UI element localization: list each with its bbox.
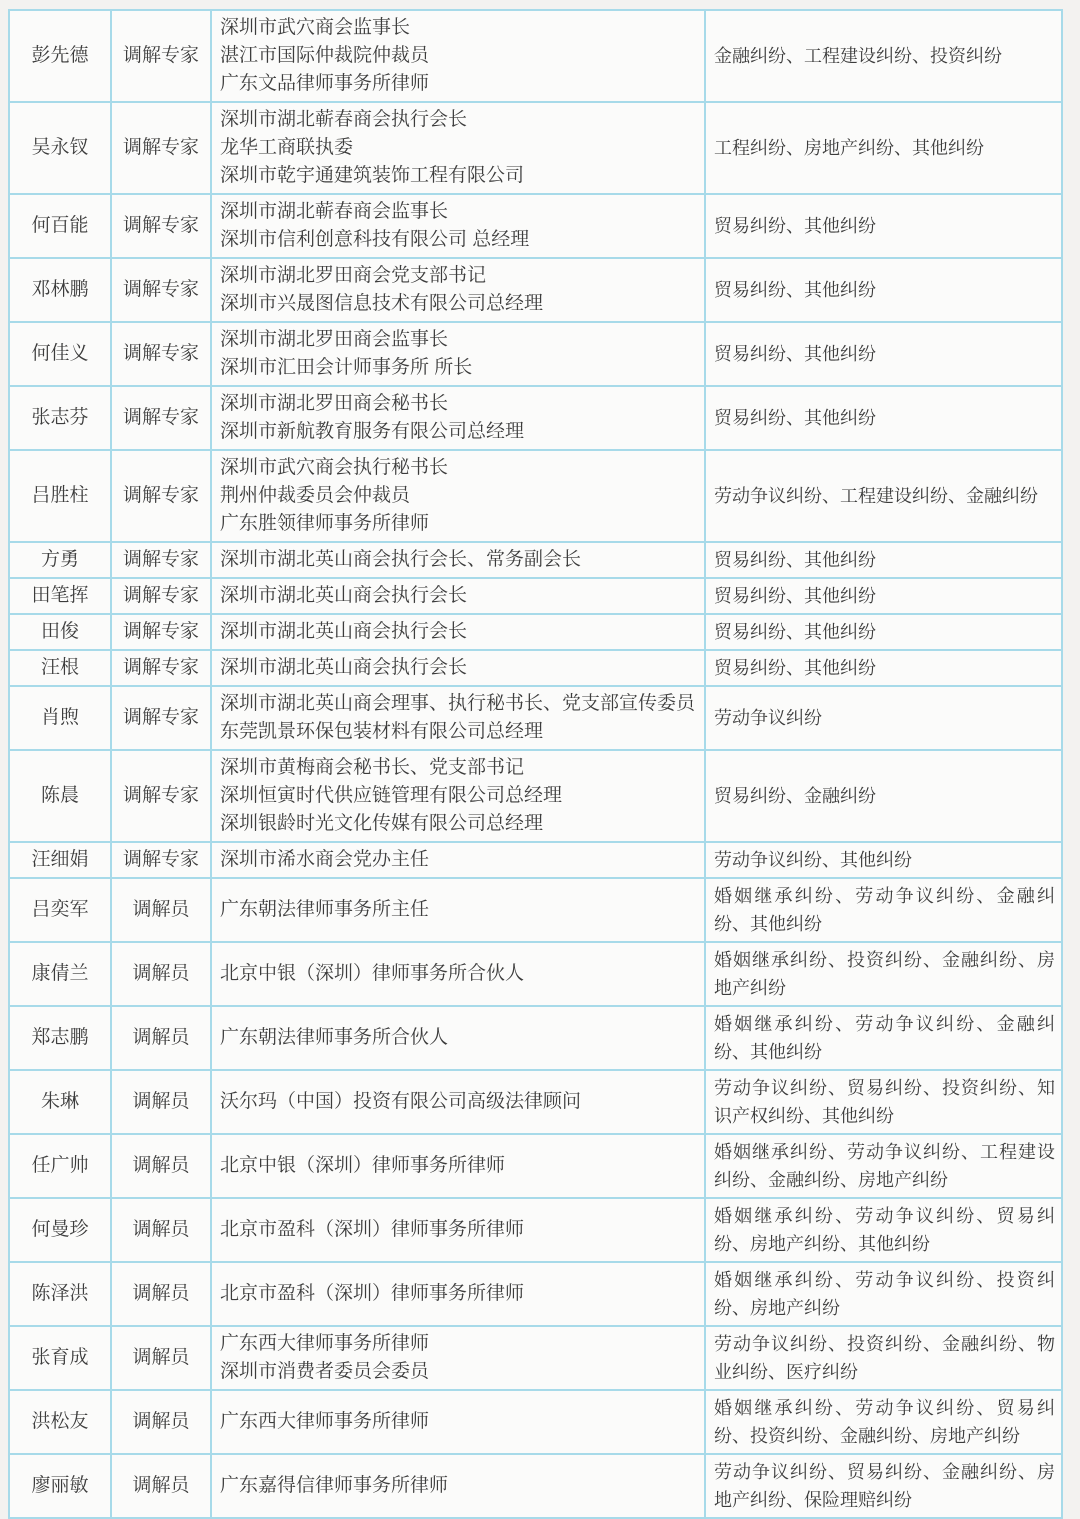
- position-line: 深圳市黄梅商会秘书长、党支部书记: [220, 754, 698, 782]
- mediator-role: 调解专家: [111, 686, 211, 750]
- mediator-positions: 广东西大律师事务所律师: [211, 1390, 705, 1454]
- mediator-positions: 深圳市湖北罗田商会秘书长深圳市新航教育服务有限公司总经理: [211, 386, 705, 450]
- mediator-disputes: 劳动争议纠纷: [705, 686, 1062, 750]
- position-line: 北京市盈科（深圳）律师事务所律师: [220, 1280, 698, 1308]
- mediator-positions: 深圳市湖北蕲春商会执行会长龙华工商联执委深圳市乾宇通建筑装饰工程有限公司: [211, 102, 705, 194]
- position-line: 湛江市国际仲裁院仲裁员: [220, 42, 698, 70]
- position-line: 龙华工商联执委: [220, 134, 698, 162]
- mediator-positions: 广东朝法律师事务所主任: [211, 878, 705, 942]
- mediator-name: 吕胜柱: [9, 450, 111, 542]
- position-line: 深圳市新航教育服务有限公司总经理: [220, 418, 698, 446]
- mediator-disputes: 婚姻继承纠纷、劳动争议纠纷、金融纠纷、其他纠纷: [705, 1006, 1062, 1070]
- mediator-role: 调解员: [111, 878, 211, 942]
- position-line: 广东朝法律师事务所主任: [220, 896, 698, 924]
- table-row: 吕胜柱 调解专家 深圳市武穴商会执行秘书长荆州仲裁委员会仲裁员广东胜领律师事务所…: [9, 450, 1062, 542]
- mediator-name: 汪细娟: [9, 842, 111, 878]
- table-row: 朱琳 调解员 沃尔玛（中国）投资有限公司高级法律顾问 劳动争议纠纷、贸易纠纷、投…: [9, 1070, 1062, 1134]
- mediator-positions: 深圳市湖北英山商会理事、执行秘书长、党支部宣传委员东莞凯景环保包装材料有限公司总…: [211, 686, 705, 750]
- mediator-positions: 沃尔玛（中国）投资有限公司高级法律顾问: [211, 1070, 705, 1134]
- position-line: 东莞凯景环保包装材料有限公司总经理: [220, 718, 698, 746]
- mediator-disputes: 贸易纠纷、其他纠纷: [705, 578, 1062, 614]
- mediator-name: 邓林鹏: [9, 258, 111, 322]
- mediator-name: 吕奕军: [9, 878, 111, 942]
- mediator-role: 调解员: [111, 1326, 211, 1390]
- position-line: 沃尔玛（中国）投资有限公司高级法律顾问: [220, 1088, 698, 1116]
- mediator-name: 洪松友: [9, 1390, 111, 1454]
- position-line: 深圳银龄时光文化传媒有限公司总经理: [220, 810, 698, 838]
- mediator-role: 调解专家: [111, 102, 211, 194]
- mediator-role: 调解专家: [111, 194, 211, 258]
- position-line: 广东胜领律师事务所律师: [220, 510, 698, 538]
- position-line: 广东西大律师事务所律师: [220, 1408, 698, 1436]
- mediator-positions: 深圳市浠水商会党办主任: [211, 842, 705, 878]
- position-line: 深圳市湖北英山商会执行会长、常务副会长: [220, 546, 698, 574]
- mediator-role: 调解专家: [111, 650, 211, 686]
- mediator-role: 调解员: [111, 1390, 211, 1454]
- mediator-name: 陈晨: [9, 750, 111, 842]
- mediator-name: 廖丽敏: [9, 1454, 111, 1518]
- table-row: 张育成 调解员 广东西大律师事务所律师深圳市消费者委员会委员 劳动争议纠纷、投资…: [9, 1326, 1062, 1390]
- mediator-role: 调解专家: [111, 542, 211, 578]
- mediator-name: 康倩兰: [9, 942, 111, 1006]
- mediator-role: 调解员: [111, 1006, 211, 1070]
- mediator-disputes: 婚姻继承纠纷、劳动争议纠纷、贸易纠纷、房地产纠纷、其他纠纷: [705, 1198, 1062, 1262]
- mediator-disputes: 婚姻继承纠纷、劳动争议纠纷、金融纠纷、其他纠纷: [705, 878, 1062, 942]
- mediator-positions: 深圳市湖北罗田商会监事长深圳市汇田会计师事务所 所长: [211, 322, 705, 386]
- mediator-disputes: 工程纠纷、房地产纠纷、其他纠纷: [705, 102, 1062, 194]
- mediator-disputes: 劳动争议纠纷、工程建设纠纷、金融纠纷: [705, 450, 1062, 542]
- table-row: 吕奕军 调解员 广东朝法律师事务所主任 婚姻继承纠纷、劳动争议纠纷、金融纠纷、其…: [9, 878, 1062, 942]
- mediator-positions: 广东朝法律师事务所合伙人: [211, 1006, 705, 1070]
- mediator-disputes: 贸易纠纷、其他纠纷: [705, 614, 1062, 650]
- table-row: 肖煦 调解专家 深圳市湖北英山商会理事、执行秘书长、党支部宣传委员东莞凯景环保包…: [9, 686, 1062, 750]
- position-line: 广东嘉得信律师事务所律师: [220, 1472, 698, 1500]
- mediator-positions: 深圳市湖北蕲春商会监事长深圳市信利创意科技有限公司 总经理: [211, 194, 705, 258]
- table-row: 康倩兰 调解员 北京中银（深圳）律师事务所合伙人 婚姻继承纠纷、投资纠纷、金融纠…: [9, 942, 1062, 1006]
- mediator-disputes: 劳动争议纠纷、贸易纠纷、投资纠纷、知识产权纠纷、其他纠纷: [705, 1070, 1062, 1134]
- mediator-positions: 北京市盈科（深圳）律师事务所律师: [211, 1198, 705, 1262]
- position-line: 深圳市湖北罗田商会党支部书记: [220, 262, 698, 290]
- mediator-role: 调解员: [111, 1070, 211, 1134]
- table-row: 张志芬 调解专家 深圳市湖北罗田商会秘书长深圳市新航教育服务有限公司总经理 贸易…: [9, 386, 1062, 450]
- mediator-name: 田笔挥: [9, 578, 111, 614]
- mediator-name: 郑志鹏: [9, 1006, 111, 1070]
- table-row: 田俊 调解专家 深圳市湖北英山商会执行会长 贸易纠纷、其他纠纷: [9, 614, 1062, 650]
- mediator-disputes: 婚姻继承纠纷、投资纠纷、金融纠纷、房地产纠纷: [705, 942, 1062, 1006]
- mediator-disputes: 婚姻继承纠纷、劳动争议纠纷、投资纠纷、房地产纠纷: [705, 1262, 1062, 1326]
- mediator-positions: 深圳市湖北罗田商会党支部书记深圳市兴晟图信息技术有限公司总经理: [211, 258, 705, 322]
- mediator-disputes: 贸易纠纷、其他纠纷: [705, 386, 1062, 450]
- mediator-disputes: 金融纠纷、工程建设纠纷、投资纠纷: [705, 10, 1062, 102]
- mediator-disputes: 劳动争议纠纷、投资纠纷、金融纠纷、物业纠纷、医疗纠纷: [705, 1326, 1062, 1390]
- position-line: 深圳市消费者委员会委员: [220, 1358, 698, 1386]
- mediator-disputes: 贸易纠纷、其他纠纷: [705, 194, 1062, 258]
- mediator-disputes: 婚姻继承纠纷、劳动争议纠纷、工程建设纠纷、金融纠纷、房地产纠纷: [705, 1134, 1062, 1198]
- mediator-disputes: 劳动争议纠纷、贸易纠纷、金融纠纷、房地产纠纷、保险理赔纠纷: [705, 1454, 1062, 1518]
- mediator-name: 肖煦: [9, 686, 111, 750]
- mediator-name: 任广帅: [9, 1134, 111, 1198]
- mediator-name: 张志芬: [9, 386, 111, 450]
- position-line: 北京中银（深圳）律师事务所合伙人: [220, 960, 698, 988]
- mediator-role: 调解员: [111, 1134, 211, 1198]
- mediator-positions: 深圳市湖北英山商会执行会长: [211, 614, 705, 650]
- position-line: 深圳市汇田会计师事务所 所长: [220, 354, 698, 382]
- mediator-table: 彭先德 调解专家 深圳市武穴商会监事长湛江市国际仲裁院仲裁员广东文品律师事务所律…: [8, 9, 1063, 1519]
- mediator-positions: 北京中银（深圳）律师事务所合伙人: [211, 942, 705, 1006]
- position-line: 广东文品律师事务所律师: [220, 70, 698, 98]
- position-line: 深圳市湖北罗田商会秘书长: [220, 390, 698, 418]
- position-line: 深圳市兴晟图信息技术有限公司总经理: [220, 290, 698, 318]
- mediator-name: 何佳义: [9, 322, 111, 386]
- table-row: 何佳义 调解专家 深圳市湖北罗田商会监事长深圳市汇田会计师事务所 所长 贸易纠纷…: [9, 322, 1062, 386]
- position-line: 深圳市湖北英山商会执行会长: [220, 618, 698, 646]
- mediator-disputes: 贸易纠纷、其他纠纷: [705, 322, 1062, 386]
- mediator-name: 彭先德: [9, 10, 111, 102]
- mediator-name: 朱琳: [9, 1070, 111, 1134]
- table-row: 彭先德 调解专家 深圳市武穴商会监事长湛江市国际仲裁院仲裁员广东文品律师事务所律…: [9, 10, 1062, 102]
- position-line: 深圳市湖北蕲春商会执行会长: [220, 106, 698, 134]
- mediator-disputes: 贸易纠纷、金融纠纷: [705, 750, 1062, 842]
- position-line: 深圳市湖北英山商会理事、执行秘书长、党支部宣传委员: [220, 690, 698, 718]
- position-line: 北京中银（深圳）律师事务所律师: [220, 1152, 698, 1180]
- position-line: 深圳市湖北蕲春商会监事长: [220, 198, 698, 226]
- mediator-name: 何曼珍: [9, 1198, 111, 1262]
- table-row: 汪细娟 调解专家 深圳市浠水商会党办主任 劳动争议纠纷、其他纠纷: [9, 842, 1062, 878]
- position-line: 深圳市武穴商会监事长: [220, 14, 698, 42]
- mediator-positions: 北京中银（深圳）律师事务所律师: [211, 1134, 705, 1198]
- mediator-role: 调解专家: [111, 10, 211, 102]
- mediator-role: 调解专家: [111, 258, 211, 322]
- mediator-positions: 深圳市湖北英山商会执行会长: [211, 578, 705, 614]
- mediator-disputes: 贸易纠纷、其他纠纷: [705, 650, 1062, 686]
- mediator-role: 调解专家: [111, 614, 211, 650]
- mediator-disputes: 贸易纠纷、其他纠纷: [705, 542, 1062, 578]
- table-row: 洪松友 调解员 广东西大律师事务所律师 婚姻继承纠纷、劳动争议纠纷、贸易纠纷、投…: [9, 1390, 1062, 1454]
- mediator-disputes: 婚姻继承纠纷、劳动争议纠纷、贸易纠纷、投资纠纷、金融纠纷、房地产纠纷: [705, 1390, 1062, 1454]
- mediator-name: 方勇: [9, 542, 111, 578]
- mediator-table-body: 彭先德 调解专家 深圳市武穴商会监事长湛江市国际仲裁院仲裁员广东文品律师事务所律…: [9, 10, 1062, 1518]
- mediator-positions: 北京市盈科（深圳）律师事务所律师: [211, 1262, 705, 1326]
- position-line: 北京市盈科（深圳）律师事务所律师: [220, 1216, 698, 1244]
- mediator-positions: 深圳市武穴商会执行秘书长荆州仲裁委员会仲裁员广东胜领律师事务所律师: [211, 450, 705, 542]
- table-row: 田笔挥 调解专家 深圳市湖北英山商会执行会长 贸易纠纷、其他纠纷: [9, 578, 1062, 614]
- mediator-role: 调解员: [111, 1454, 211, 1518]
- position-line: 深圳市湖北英山商会执行会长: [220, 654, 698, 682]
- table-row: 郑志鹏 调解员 广东朝法律师事务所合伙人 婚姻继承纠纷、劳动争议纠纷、金融纠纷、…: [9, 1006, 1062, 1070]
- mediator-positions: 深圳市黄梅商会秘书长、党支部书记深圳恒寅时代供应链管理有限公司总经理深圳银龄时光…: [211, 750, 705, 842]
- table-row: 方勇 调解专家 深圳市湖北英山商会执行会长、常务副会长 贸易纠纷、其他纠纷: [9, 542, 1062, 578]
- position-line: 广东西大律师事务所律师: [220, 1330, 698, 1358]
- mediator-name: 田俊: [9, 614, 111, 650]
- mediator-role: 调解专家: [111, 578, 211, 614]
- table-row: 何百能 调解专家 深圳市湖北蕲春商会监事长深圳市信利创意科技有限公司 总经理 贸…: [9, 194, 1062, 258]
- mediator-role: 调解员: [111, 942, 211, 1006]
- mediator-name: 陈泽洪: [9, 1262, 111, 1326]
- mediator-name: 张育成: [9, 1326, 111, 1390]
- position-line: 深圳市浠水商会党办主任: [220, 846, 698, 874]
- table-row: 何曼珍 调解员 北京市盈科（深圳）律师事务所律师 婚姻继承纠纷、劳动争议纠纷、贸…: [9, 1198, 1062, 1262]
- table-row: 廖丽敏 调解员 广东嘉得信律师事务所律师 劳动争议纠纷、贸易纠纷、金融纠纷、房地…: [9, 1454, 1062, 1518]
- position-line: 深圳市信利创意科技有限公司 总经理: [220, 226, 698, 254]
- mediator-name: 汪根: [9, 650, 111, 686]
- mediator-positions: 深圳市武穴商会监事长湛江市国际仲裁院仲裁员广东文品律师事务所律师: [211, 10, 705, 102]
- table-row: 陈泽洪 调解员 北京市盈科（深圳）律师事务所律师 婚姻继承纠纷、劳动争议纠纷、投…: [9, 1262, 1062, 1326]
- mediator-disputes: 劳动争议纠纷、其他纠纷: [705, 842, 1062, 878]
- mediator-role: 调解专家: [111, 450, 211, 542]
- position-line: 深圳市武穴商会执行秘书长: [220, 454, 698, 482]
- table-row: 汪根 调解专家 深圳市湖北英山商会执行会长 贸易纠纷、其他纠纷: [9, 650, 1062, 686]
- mediator-role: 调解专家: [111, 322, 211, 386]
- mediator-role: 调解员: [111, 1262, 211, 1326]
- table-row: 吴永钗 调解专家 深圳市湖北蕲春商会执行会长龙华工商联执委深圳市乾宇通建筑装饰工…: [9, 102, 1062, 194]
- mediator-role: 调解专家: [111, 842, 211, 878]
- mediator-name: 何百能: [9, 194, 111, 258]
- position-line: 荆州仲裁委员会仲裁员: [220, 482, 698, 510]
- mediator-role: 调解员: [111, 1198, 211, 1262]
- table-row: 邓林鹏 调解专家 深圳市湖北罗田商会党支部书记深圳市兴晟图信息技术有限公司总经理…: [9, 258, 1062, 322]
- table-row: 陈晨 调解专家 深圳市黄梅商会秘书长、党支部书记深圳恒寅时代供应链管理有限公司总…: [9, 750, 1062, 842]
- mediator-positions: 广东嘉得信律师事务所律师: [211, 1454, 705, 1518]
- position-line: 深圳市湖北英山商会执行会长: [220, 582, 698, 610]
- mediator-role: 调解专家: [111, 386, 211, 450]
- mediator-positions: 深圳市湖北英山商会执行会长: [211, 650, 705, 686]
- position-line: 深圳恒寅时代供应链管理有限公司总经理: [220, 782, 698, 810]
- mediator-positions: 深圳市湖北英山商会执行会长、常务副会长: [211, 542, 705, 578]
- position-line: 深圳市湖北罗田商会监事长: [220, 326, 698, 354]
- table-row: 任广帅 调解员 北京中银（深圳）律师事务所律师 婚姻继承纠纷、劳动争议纠纷、工程…: [9, 1134, 1062, 1198]
- mediator-name: 吴永钗: [9, 102, 111, 194]
- mediator-positions: 广东西大律师事务所律师深圳市消费者委员会委员: [211, 1326, 705, 1390]
- position-line: 深圳市乾宇通建筑装饰工程有限公司: [220, 162, 698, 190]
- mediator-role: 调解专家: [111, 750, 211, 842]
- position-line: 广东朝法律师事务所合伙人: [220, 1024, 698, 1052]
- mediator-disputes: 贸易纠纷、其他纠纷: [705, 258, 1062, 322]
